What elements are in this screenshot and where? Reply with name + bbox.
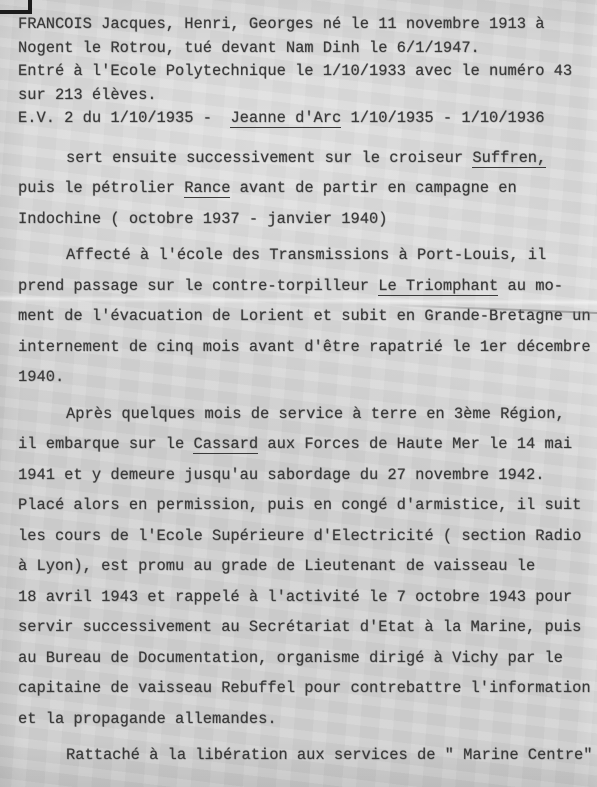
text-segment: sur 213 élèves. [18, 86, 157, 104]
text-segment: 1/10/1935 - 1/10/1936 [341, 109, 544, 127]
text-segment: avant de partir en campagne en [230, 179, 516, 197]
text-line: prend passage sur le contre-torpilleur L… [18, 271, 593, 302]
text-line: il embarque sur le Cassard aux Forces de… [18, 429, 593, 460]
underlined-ship-name: Suffren, [472, 149, 546, 168]
scanned-document-page: { "page": { "kind": "scanned typewritten… [0, 0, 597, 787]
text-segment: au mo- [498, 277, 563, 295]
text-line: Affecté à l'école des Transmissions à Po… [18, 240, 593, 271]
underlined-ship-name: Rance [184, 179, 230, 198]
text-segment: 1941 et y demeure jusqu'au sabordage du … [18, 466, 544, 484]
text-line: Indochine ( octobre 1937 - janvier 1940) [18, 204, 593, 235]
text-segment: servir successivement au Secrétariat d'E… [18, 618, 581, 636]
text-segment: puis le pétrolier [18, 179, 184, 197]
text-segment: à Lyon), est promu au grade de Lieutenan… [18, 557, 535, 575]
paragraph-liberation: Rattaché à la libération aux services de… [18, 740, 593, 771]
text-segment: prend passage sur le contre-torpilleur [18, 277, 378, 295]
civil-status-block: FRANCOIS Jacques, Henri, Georges né le 1… [18, 13, 593, 131]
text-line: ment de l'évacuation de Lorient et subit… [18, 301, 593, 332]
underlined-ship-name: Jeanne d'Arc [230, 109, 341, 128]
underlined-ship-name: Cassard [193, 435, 258, 454]
text-line: sur 213 élèves. [18, 84, 593, 108]
text-line: Nogent le Rotrou, tué devant Nam Dinh le… [18, 37, 593, 61]
text-segment: au Bureau de Documentation, organisme di… [18, 649, 563, 667]
text-line: FRANCOIS Jacques, Henri, Georges né le 1… [18, 13, 593, 37]
text-line: servir successivement au Secrétariat d'E… [18, 612, 593, 643]
text-segment: E.V. 2 du 1/10/1935 - [18, 109, 230, 127]
text-segment: 1940. [18, 368, 64, 386]
text-segment: Affecté à l'école des Transmissions à Po… [66, 246, 546, 264]
text-line: et la propagande allemandes. [18, 704, 593, 735]
text-line: Rattaché à la libération aux services de… [18, 740, 593, 771]
scan-corner-artifact [0, 0, 32, 14]
text-segment: les cours de l'Ecole Supérieure d'Electr… [18, 527, 581, 545]
text-line: Entré à l'Ecole Polytechnique le 1/10/19… [18, 60, 593, 84]
text-line: sert ensuite successivement sur le crois… [18, 143, 593, 174]
text-segment: Rattaché à la libération aux services de… [66, 746, 592, 764]
text-line: 1941 et y demeure jusqu'au sabordage du … [18, 460, 593, 491]
text-segment: Après quelques mois de service à terre e… [66, 405, 565, 423]
text-segment: aux Forces de Haute Mer le 14 mai [258, 435, 572, 453]
text-line: puis le pétrolier Rance avant de partir … [18, 173, 593, 204]
underlined-ship-name: Le Triomphant [378, 277, 498, 296]
text-segment: Entré à l'Ecole Polytechnique le 1/10/19… [18, 62, 572, 80]
text-line: capitaine de vaisseau Rebuffel pour cont… [18, 673, 593, 704]
text-segment: et la propagande allemandes. [18, 710, 277, 728]
text-line: 1940. [18, 362, 593, 393]
text-segment: sert ensuite successivement sur le crois… [66, 149, 472, 167]
text-line: E.V. 2 du 1/10/1935 - Jeanne d'Arc 1/10/… [18, 107, 593, 131]
text-segment: Nogent le Rotrou, tué devant Nam Dinh le… [18, 39, 480, 57]
text-line: à Lyon), est promu au grade de Lieutenan… [18, 551, 593, 582]
text-line: au Bureau de Documentation, organisme di… [18, 643, 593, 674]
text-segment: internement de cinq mois avant d'être ra… [18, 338, 591, 356]
document-text: FRANCOIS Jacques, Henri, Georges né le 1… [18, 13, 593, 771]
text-line: internement de cinq mois avant d'être ra… [18, 332, 593, 363]
text-line: 18 avril 1943 et rappelé à l'activité le… [18, 582, 593, 613]
text-line: Placé alors en permission, puis en congé… [18, 490, 593, 521]
text-segment: FRANCOIS Jacques, Henri, Georges né le 1… [18, 15, 544, 33]
text-segment: il embarque sur le [18, 435, 193, 453]
text-segment: Placé alors en permission, puis en congé… [18, 496, 581, 514]
paragraph-1940: Affecté à l'école des Transmissions à Po… [18, 240, 593, 393]
text-segment: ment de l'évacuation de Lorient et subit… [18, 307, 591, 325]
paragraph-1941-1943: Après quelques mois de service à terre e… [18, 399, 593, 735]
paragraph-early-career: sert ensuite successivement sur le crois… [18, 143, 593, 235]
text-line: Après quelques mois de service à terre e… [18, 399, 593, 430]
text-segment: capitaine de vaisseau Rebuffel pour cont… [18, 679, 591, 697]
text-segment: Indochine ( octobre 1937 - janvier 1940) [18, 210, 387, 228]
text-segment: 18 avril 1943 et rappelé à l'activité le… [18, 588, 572, 606]
text-line: les cours de l'Ecole Supérieure d'Electr… [18, 521, 593, 552]
